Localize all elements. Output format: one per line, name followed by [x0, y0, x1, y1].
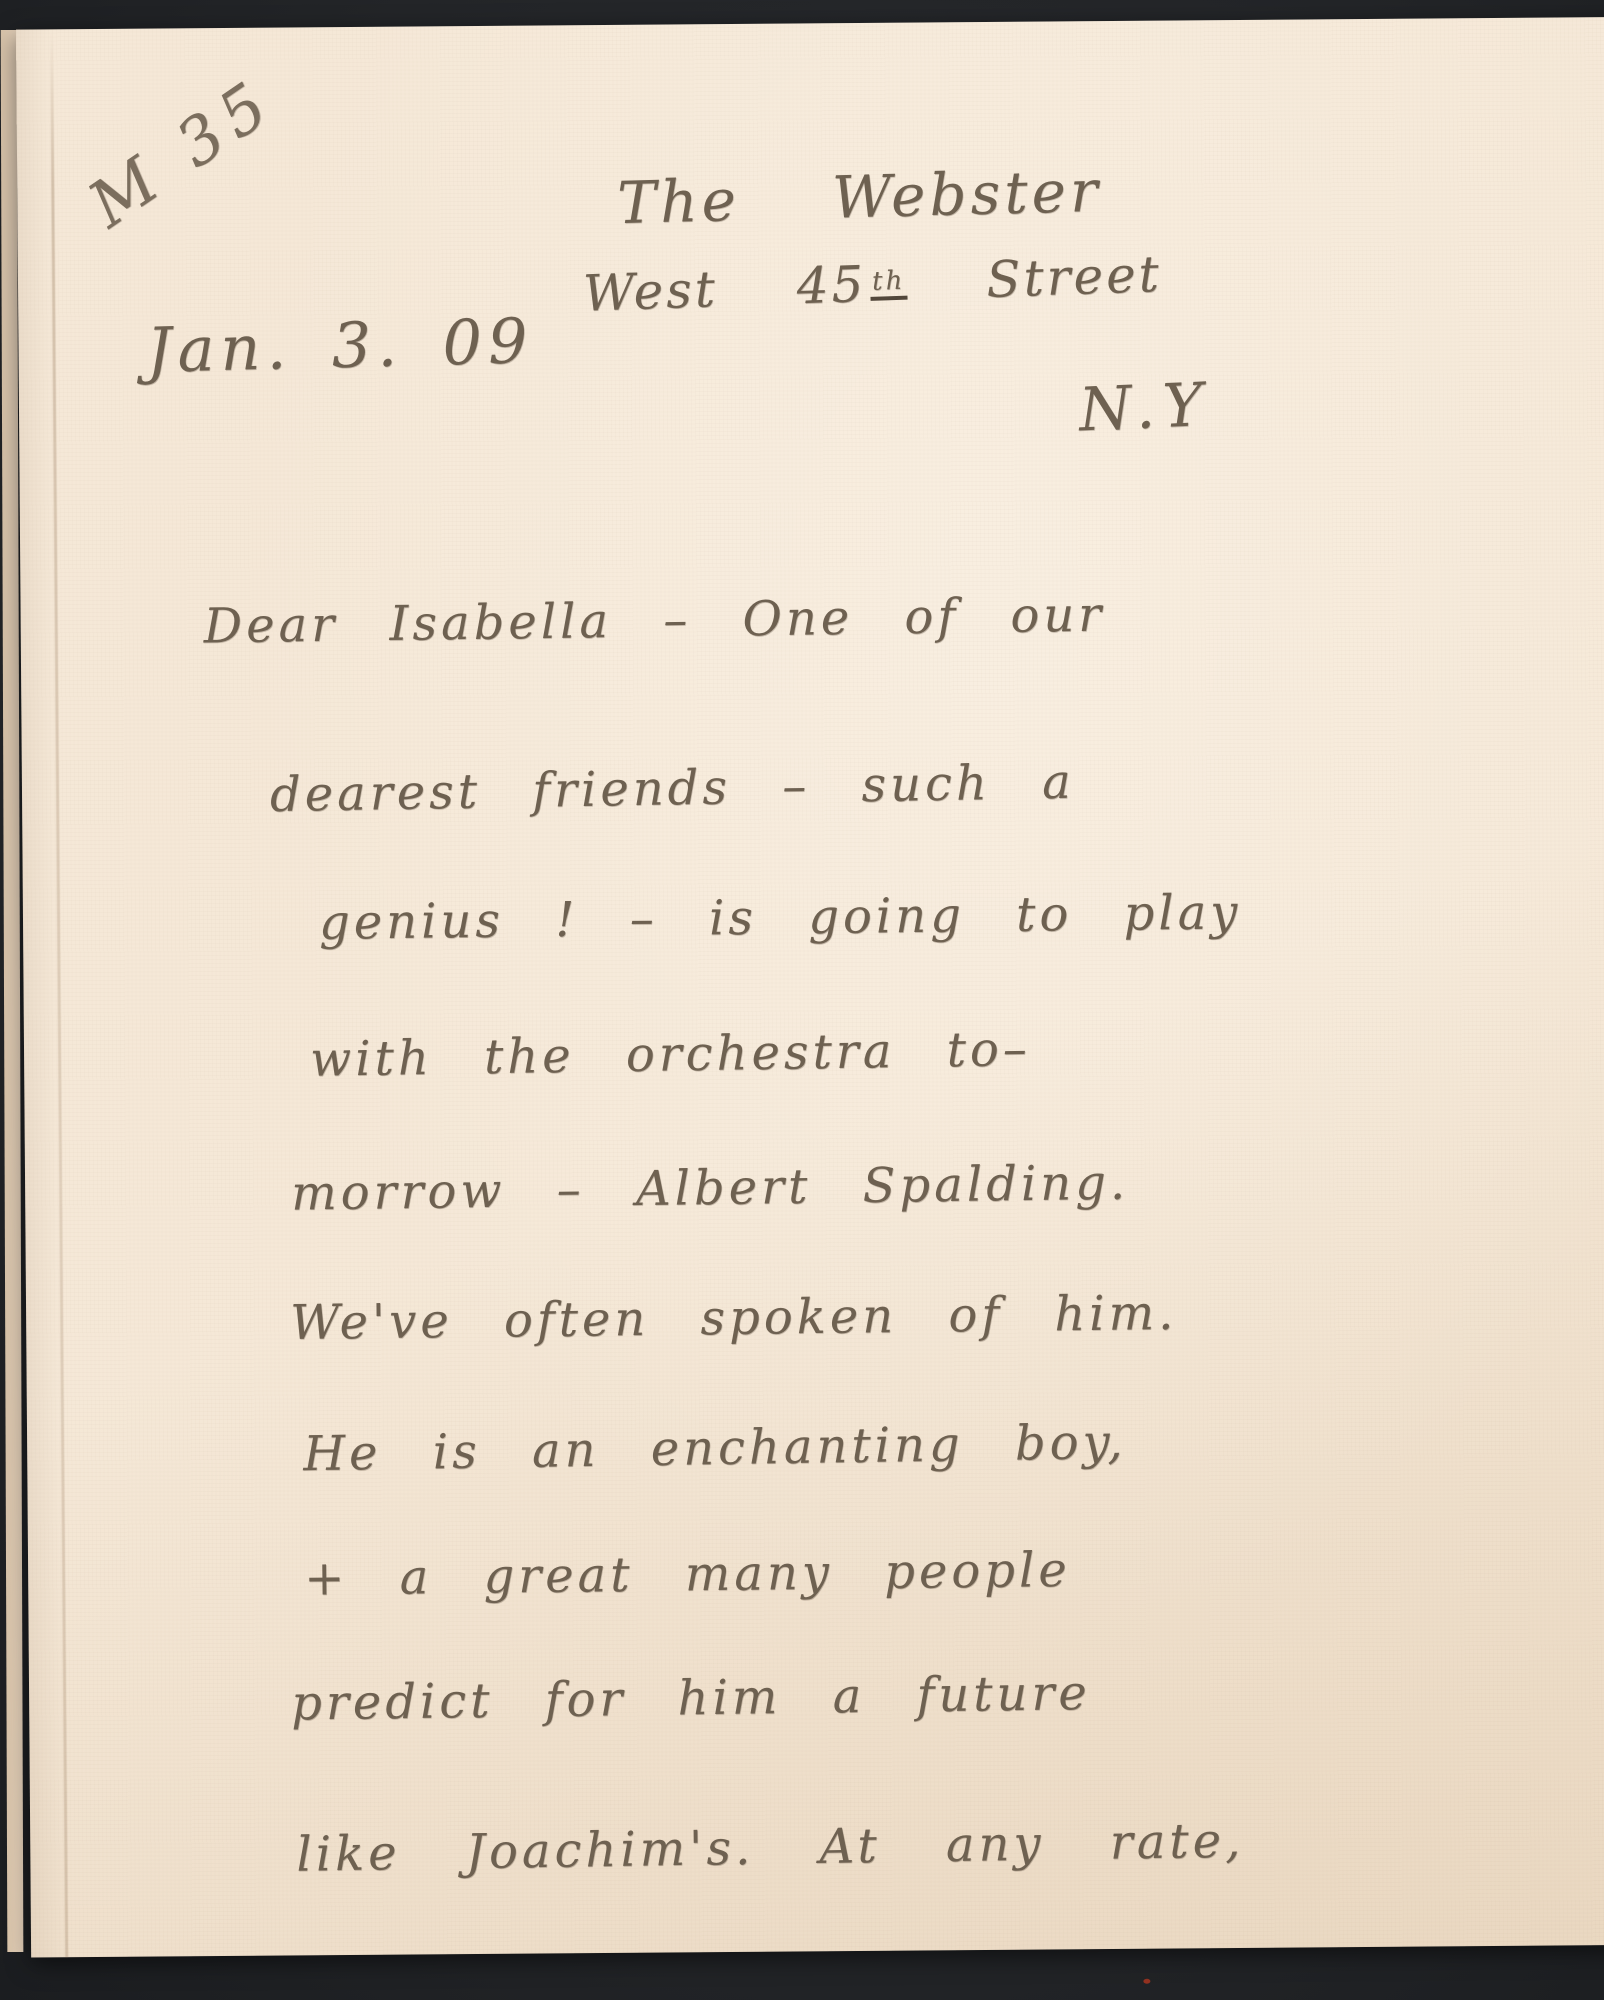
- date-line: Jan. 3. 09: [146, 304, 535, 387]
- street-number: West 45: [582, 255, 867, 323]
- street-word: Street: [985, 245, 1162, 309]
- handwritten-line-5: morrow – Albert Spalding.: [291, 1155, 1130, 1222]
- handwritten-line-2: dearest friends – such a: [270, 754, 1076, 823]
- handwritten-line-8: + a great many people: [304, 1542, 1071, 1607]
- letterhead-city: N.Y: [1078, 370, 1212, 446]
- handwritten-line-10: like Joachim's. At any rate,: [296, 1813, 1245, 1883]
- letter-body: Dear Isabella – One of our dearest frien…: [16, 17, 1604, 30]
- handwritten-line-3: genius ! – is going to play: [319, 884, 1242, 950]
- letterhead: The Webster West 45th Street N.Y: [16, 17, 1604, 30]
- handwritten-line-1: Dear Isabella – One of our: [203, 587, 1105, 655]
- street-ordinal-superscript: th: [870, 265, 908, 300]
- pencil-catalog-annotation: M 35: [76, 64, 289, 242]
- letter-page: M 35 The Webster West 45th Street N.Y Ja…: [16, 17, 1604, 1958]
- handwritten-line-9: predict for him a future: [291, 1665, 1091, 1731]
- handwritten-line-6: We've often spoken of him.: [290, 1285, 1178, 1351]
- handwritten-line-7: He is an enchanting boy,: [303, 1414, 1127, 1482]
- red-speck: [1143, 1979, 1150, 1984]
- photograph-background: M 35 The Webster West 45th Street N.Y Ja…: [0, 0, 1604, 2000]
- handwritten-line-4: with the orchestra to–: [310, 1021, 1032, 1088]
- letterhead-hotel-name: The Webster: [617, 157, 1103, 237]
- letterhead-street-address: West 45th Street: [582, 245, 1162, 323]
